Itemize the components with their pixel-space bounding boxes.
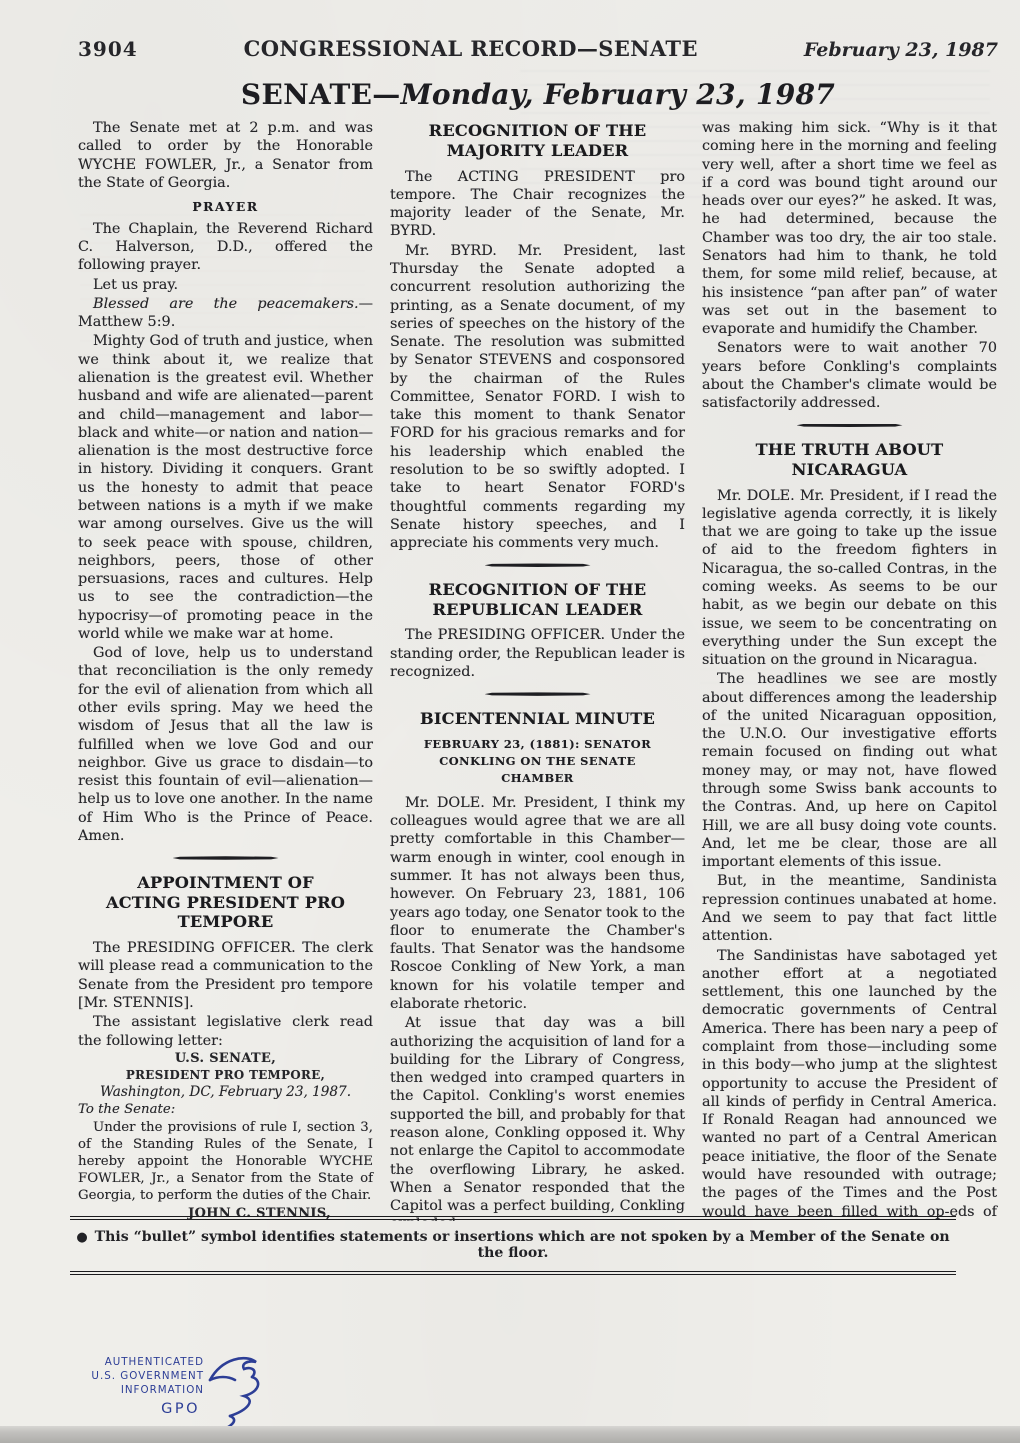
paragraph-dole-2: At issue that day was a bill authorizing… xyxy=(390,1014,685,1221)
header-date: February 23, 1987 xyxy=(804,39,998,61)
paragraph-prayer-2: God of love, help us to understand that … xyxy=(78,644,373,845)
paragraph-presiding-officer: The PRESIDING OFFICER. The clerk will pl… xyxy=(78,939,373,1012)
gpo-authentication-logo: AUTHENTICATED U.S. GOVERNMENT INFORMATIO… xyxy=(54,1356,264,1419)
paragraph-let-us-pray: Let us pray. xyxy=(78,276,373,294)
column-2: RECOGNITION OF THE MAJORITY LEADER The A… xyxy=(390,119,685,1221)
paragraph-byrd: Mr. BYRD. Mr. President, last Thursday t… xyxy=(390,242,685,553)
bullet-icon: ● xyxy=(76,1230,87,1245)
paragraph-dole-5: The headlines we see are mostly about di… xyxy=(702,670,997,871)
letter-sender: U.S. SENATE, xyxy=(78,1051,373,1067)
running-header: 3904 CONGRESSIONAL RECORD—SENATE Februar… xyxy=(78,36,998,61)
gpo-abbreviation: GPO xyxy=(54,1400,204,1420)
paragraph-chaplain: The Chaplain, the Reverend Richard C. Ha… xyxy=(78,220,373,275)
gpo-line-3: INFORMATION xyxy=(54,1384,204,1398)
bullet-note: ●This “bullet” symbol identifies stateme… xyxy=(70,1216,956,1275)
gpo-text: AUTHENTICATED U.S. GOVERNMENT INFORMATIO… xyxy=(54,1356,204,1419)
nicaragua-heading: THE TRUTH ABOUT NICARAGUA xyxy=(724,440,976,480)
bullet-note-text: This “bullet” symbol identifies statemen… xyxy=(95,1229,950,1261)
paragraph-dole-1: Mr. DOLE. Mr. President, I think my coll… xyxy=(390,794,685,1013)
page-title-prefix: SENATE— xyxy=(241,78,401,111)
section-divider xyxy=(797,424,903,428)
section-divider xyxy=(485,563,591,567)
paragraph-prayer-1: Mighty God of truth and justice, when we… xyxy=(78,332,373,643)
letter-salutation: To the Senate: xyxy=(78,1102,373,1119)
appointment-heading: APPOINTMENT OF ACTING PRESIDENT PRO TEMP… xyxy=(100,873,352,932)
recognition-majority-heading: RECOGNITION OF THE MAJORITY LEADER xyxy=(412,121,664,161)
paragraph-dole-4: Mr. DOLE. Mr. President, if I read the l… xyxy=(702,487,997,670)
congressional-record-page: 3904 CONGRESSIONAL RECORD—SENATE Februar… xyxy=(0,0,1020,1443)
paragraph-verse: Blessed are the peacemakers.—Matthew 5:9… xyxy=(78,295,373,332)
paragraph-wait-70-years: Senators were to wait another 70 years b… xyxy=(702,339,997,412)
gpo-eagle-icon xyxy=(202,1350,264,1432)
column-3: was making him sick. “Why is it that com… xyxy=(702,119,997,1221)
gpo-line-2: U.S. GOVERNMENT xyxy=(54,1370,204,1384)
section-divider xyxy=(173,856,279,860)
letter-body: Under the provisions of rule I, section … xyxy=(78,1120,373,1204)
header-title: CONGRESSIONAL RECORD—SENATE xyxy=(138,36,804,61)
gpo-line-1: AUTHENTICATED xyxy=(54,1356,204,1370)
scan-edge-bar xyxy=(0,1426,1020,1443)
page-title: SENATE—Monday, February 23, 1987 xyxy=(78,78,998,111)
paragraph-conkling-continued: was making him sick. “Why is it that com… xyxy=(702,119,997,338)
paragraph-presiding-officer-2: The PRESIDING OFFICER. Under the standin… xyxy=(390,626,685,681)
verse-italic: Blessed are the peacemakers. xyxy=(93,296,359,312)
letter-office: PRESIDENT PRO TEMPORE, xyxy=(78,1068,373,1083)
recognition-republican-heading: RECOGNITION OF THE REPUBLICAN LEADER xyxy=(412,580,664,620)
three-column-text: The Senate met at 2 p.m. and was called … xyxy=(78,119,998,1221)
column-1: The Senate met at 2 p.m. and was called … xyxy=(78,119,373,1221)
bicentennial-heading: BICENTENNIAL MINUTE xyxy=(412,709,664,729)
prayer-heading: PRAYER xyxy=(78,199,373,215)
paragraph-senate-met: The Senate met at 2 p.m. and was called … xyxy=(78,119,373,192)
paragraph-acting-president: The ACTING PRESIDENT pro tempore. The Ch… xyxy=(390,168,685,241)
paragraph-clerk-read: The assistant legislative clerk read the… xyxy=(78,1013,373,1050)
letter-place-date: Washington, DC, February 23, 1987. xyxy=(78,1084,373,1101)
bicentennial-subheading: FEBRUARY 23, (1881): SENATOR CONKLING ON… xyxy=(402,736,674,787)
paragraph-dole-6: But, in the meantime, Sandinista repress… xyxy=(702,872,997,945)
section-divider xyxy=(485,692,591,696)
letter-block: U.S. SENATE, PRESIDENT PRO TEMPORE, Wash… xyxy=(78,1051,373,1221)
page-number: 3904 xyxy=(78,37,138,61)
paragraph-dole-7: The Sandinistas have sabotaged yet anoth… xyxy=(702,947,997,1221)
page-title-date: Monday, February 23, 1987 xyxy=(401,78,836,111)
